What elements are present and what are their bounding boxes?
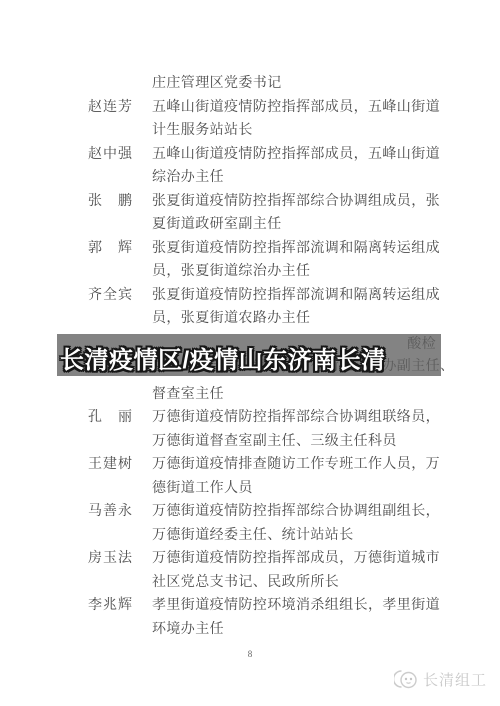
duty-line: 五峰山街道疫情防控指挥部成员，五峰山街道 bbox=[152, 96, 500, 120]
duty-line: 督查室主任 bbox=[152, 383, 500, 407]
duty-line: 万德街道疫情排查随访工作专班工作人员，万 bbox=[152, 453, 500, 477]
person-name: 房玉法 bbox=[88, 547, 132, 594]
duty-line: 庄庄管理区党委书记 bbox=[152, 72, 500, 96]
person-name: 孔 丽 bbox=[88, 406, 132, 453]
person-name: 齐全宾 bbox=[88, 284, 132, 331]
duty-line: 德街道工作人员 bbox=[152, 477, 500, 501]
duty-line: 张夏街道疫情防控指挥部流调和隔离转运组成 bbox=[152, 237, 500, 261]
duty-line: 万德街道督查室副主任、三级主任科员 bbox=[152, 430, 500, 454]
obscured-text-fragment: 酸检 bbox=[407, 338, 436, 352]
person-name: 王建树 bbox=[88, 453, 132, 500]
duty-description: 督查室主任 bbox=[152, 383, 500, 407]
watermark: 长清组工 bbox=[394, 668, 487, 690]
roster-entry: 房玉法万德街道疫情防控指挥部成员，万德街道城市社区党总支书记、民政所所长 bbox=[0, 547, 500, 594]
person-name: 赵连芳 bbox=[88, 96, 132, 143]
watermark-label: 长清组工 bbox=[423, 669, 487, 690]
roster-entry: 张 鹏张夏街道疫情防控指挥部综合协调组成员，张夏街道政研室副主任 bbox=[0, 190, 500, 237]
person-name: 赵中强 bbox=[88, 143, 132, 190]
duty-line: 员，张夏街道农路办主任 bbox=[152, 307, 500, 331]
duty-description: 万德街道疫情排查随访工作专班工作人员，万德街道工作人员 bbox=[152, 453, 500, 500]
roster-entry: 马善永万德街道疫情防控指挥部综合协调组副组长，万德街道经委主任、统计站站长 bbox=[0, 500, 500, 547]
headline-banner: 酸检 测组、督导组副组长，万德街道党政办副主任、 长清疫情区/疫情山东济南长清 bbox=[57, 334, 441, 376]
duty-description: 五峰山街道疫情防控指挥部成员，五峰山街道综治办主任 bbox=[152, 143, 500, 190]
panda-logo-icon bbox=[394, 668, 419, 690]
roster-entry: 郭 辉张夏街道疫情防控指挥部流调和隔离转运组成员，张夏街道综治办主任 bbox=[0, 237, 500, 284]
duty-description: 五峰山街道疫情防控指挥部成员，五峰山街道计生服务站站长 bbox=[152, 96, 500, 143]
duty-line: 孝里街道疫情防控环境消杀组组长，孝里街道 bbox=[152, 594, 500, 618]
duty-line: 社区党总支书记、民政所所长 bbox=[152, 571, 500, 595]
person-name: 张 鹏 bbox=[88, 190, 132, 237]
roster-entry: 督查室主任 bbox=[0, 383, 500, 407]
document-page: 庄庄管理区党委书记赵连芳五峰山街道疫情防控指挥部成员，五峰山街道计生服务站站长赵… bbox=[0, 0, 500, 706]
duty-line: 万德街道疫情防控指挥部综合协调组副组长， bbox=[152, 500, 500, 524]
duty-line: 张夏街道疫情防控指挥部流调和隔离转运组成 bbox=[152, 284, 500, 308]
roster: 庄庄管理区党委书记赵连芳五峰山街道疫情防控指挥部成员，五峰山街道计生服务站站长赵… bbox=[0, 72, 500, 660]
duty-line: 夏街道政研室副主任 bbox=[152, 213, 500, 237]
duty-line: 员，张夏街道综治办主任 bbox=[152, 260, 500, 284]
duty-description: 张夏街道疫情防控指挥部综合协调组成员，张夏街道政研室副主任 bbox=[152, 190, 500, 237]
duty-line: 万德街道疫情防控指挥部成员，万德街道城市 bbox=[152, 547, 500, 571]
person-name: 李兆辉 bbox=[88, 594, 132, 641]
duty-description: 万德街道疫情防控指挥部综合协调组副组长，万德街道经委主任、统计站站长 bbox=[152, 500, 500, 547]
duty-line: 五峰山街道疫情防控指挥部成员，五峰山街道 bbox=[152, 143, 500, 167]
roster-entry: 赵连芳五峰山街道疫情防控指挥部成员，五峰山街道计生服务站站长 bbox=[0, 96, 500, 143]
roster-section-bottom: 督查室主任孔 丽万德街道疫情防控指挥部综合协调组联络员，万德街道督查室副主任、三… bbox=[0, 383, 500, 642]
duty-line: 万德街道经委主任、统计站站长 bbox=[152, 524, 500, 548]
person-name bbox=[88, 72, 132, 96]
person-name bbox=[88, 383, 132, 407]
duty-line: 万德街道疫情防控指挥部综合协调组联络员， bbox=[152, 406, 500, 430]
duty-line: 环境办主任 bbox=[152, 618, 500, 642]
duty-description: 万德街道疫情防控指挥部成员，万德街道城市社区党总支书记、民政所所长 bbox=[152, 547, 500, 594]
roster-entry: 李兆辉孝里街道疫情防控环境消杀组组长，孝里街道环境办主任 bbox=[0, 594, 500, 641]
duty-line: 张夏街道疫情防控指挥部综合协调组成员，张 bbox=[152, 190, 500, 214]
roster-entry: 齐全宾张夏街道疫情防控指挥部流调和隔离转运组成员，张夏街道农路办主任 bbox=[0, 284, 500, 331]
duty-description: 孝里街道疫情防控环境消杀组组长，孝里街道环境办主任 bbox=[152, 594, 500, 641]
banner-headline: 长清疫情区/疫情山东济南长清 bbox=[60, 340, 386, 375]
roster-section-top: 庄庄管理区党委书记赵连芳五峰山街道疫情防控指挥部成员，五峰山街道计生服务站站长赵… bbox=[0, 72, 500, 331]
person-name: 马善永 bbox=[88, 500, 132, 547]
person-name: 郭 辉 bbox=[88, 237, 132, 284]
duty-description: 张夏街道疫情防控指挥部流调和隔离转运组成员，张夏街道农路办主任 bbox=[152, 284, 500, 331]
roster-entry: 王建树万德街道疫情排查随访工作专班工作人员，万德街道工作人员 bbox=[0, 453, 500, 500]
roster-entry: 孔 丽万德街道疫情防控指挥部综合协调组联络员，万德街道督查室副主任、三级主任科员 bbox=[0, 406, 500, 453]
duty-line: 综治办主任 bbox=[152, 166, 500, 190]
duty-description: 庄庄管理区党委书记 bbox=[152, 72, 500, 96]
page-number: 8 bbox=[0, 648, 500, 660]
duty-description: 张夏街道疫情防控指挥部流调和隔离转运组成员，张夏街道综治办主任 bbox=[152, 237, 500, 284]
duty-line: 计生服务站站长 bbox=[152, 119, 500, 143]
duty-description: 万德街道疫情防控指挥部综合协调组联络员，万德街道督查室副主任、三级主任科员 bbox=[152, 406, 500, 453]
roster-entry: 庄庄管理区党委书记 bbox=[0, 72, 500, 96]
roster-entry: 赵中强五峰山街道疫情防控指挥部成员，五峰山街道综治办主任 bbox=[0, 143, 500, 190]
